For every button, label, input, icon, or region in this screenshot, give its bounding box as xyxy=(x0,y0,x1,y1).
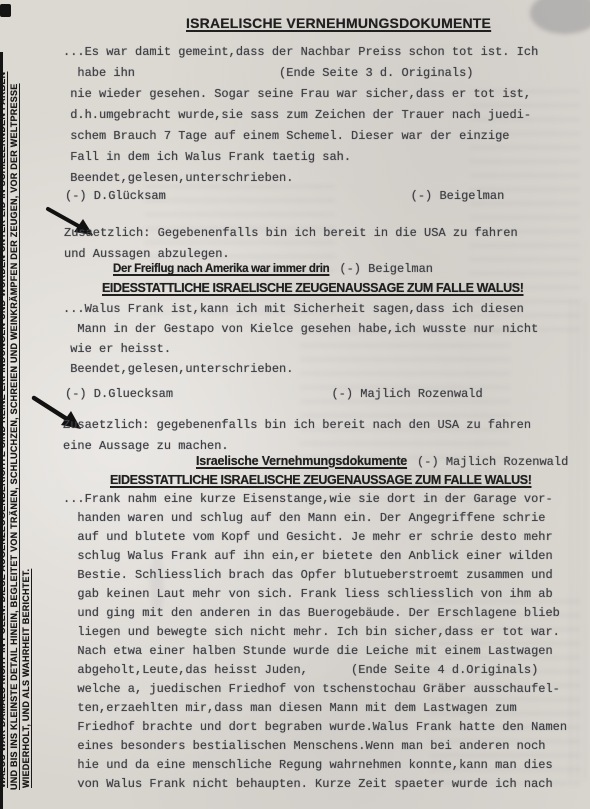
testimony-paragraph-2: ...Walus Frank ist,kann ich mit Sicherhe… xyxy=(63,299,538,379)
annotation-heading-vernehmungsdokumente: Israelische Vernehmungsdokumente xyxy=(196,454,407,468)
signature-row-2: (-) D.Gluecksam (-) Majlich Rozenwald xyxy=(65,384,483,405)
margin-annotation-line-1: WALUS WAR DAMALS NICHT IN POLEN! DIESE A… xyxy=(0,72,7,788)
signature-row-1: (-) D.Glücksam (-) Beigelman xyxy=(65,186,504,207)
annotation-row-vernehmung: Israelische Vernehmungsdokumente (-) Maj… xyxy=(196,454,568,469)
additional-statement-2: Zusaetzlich: gegebenenfalls bin ich bere… xyxy=(63,415,531,457)
scanned-document-page: WALUS WAR DAMALS NICHT IN POLEN! DIESE A… xyxy=(0,0,590,809)
testimony-paragraph-1: ...Es war damit gemeint,dass der Nachbar… xyxy=(63,42,538,189)
typed-signature-rozenwald: (-) Majlich Rozenwald xyxy=(417,455,568,469)
affidavit-heading-1: EIDESSTATTLICHE ISRAELISCHE ZEUGENAUSSAG… xyxy=(102,281,524,295)
bleed-through-ghost-5 xyxy=(570,300,588,780)
annotation-heading-freiflug: Der Freiflug nach Amerika war immer drin xyxy=(113,263,329,275)
smudge-top-right xyxy=(530,0,590,34)
margin-annotation-line-2: UND BIS INS KLEINSTE DETAIL HINEIN, BEGL… xyxy=(9,83,19,790)
additional-statement-1: Zusaetzlich: Gegebenenfalls bin ich bere… xyxy=(64,223,518,265)
annotation-row-freiflug: Der Freiflug nach Amerika war immer drin… xyxy=(113,262,433,276)
document-title: ISRAELISCHE VERNEHMUNGSDOKUMENTE xyxy=(186,15,491,31)
typed-signature-beigelman: (-) Beigelman xyxy=(339,262,433,276)
scan-corner-mark xyxy=(0,4,11,17)
margin-annotation-line-3: WIEDERHOLT, UND ALS WAHRHEIT BERICHTET. xyxy=(21,569,31,788)
testimony-paragraph-3: ...Frank nahm eine kurze Eisenstange,wie… xyxy=(63,490,567,794)
affidavit-heading-2: EIDESSTATTLICHE ISRAELISCHE ZEUGENAUSSAG… xyxy=(110,473,532,487)
